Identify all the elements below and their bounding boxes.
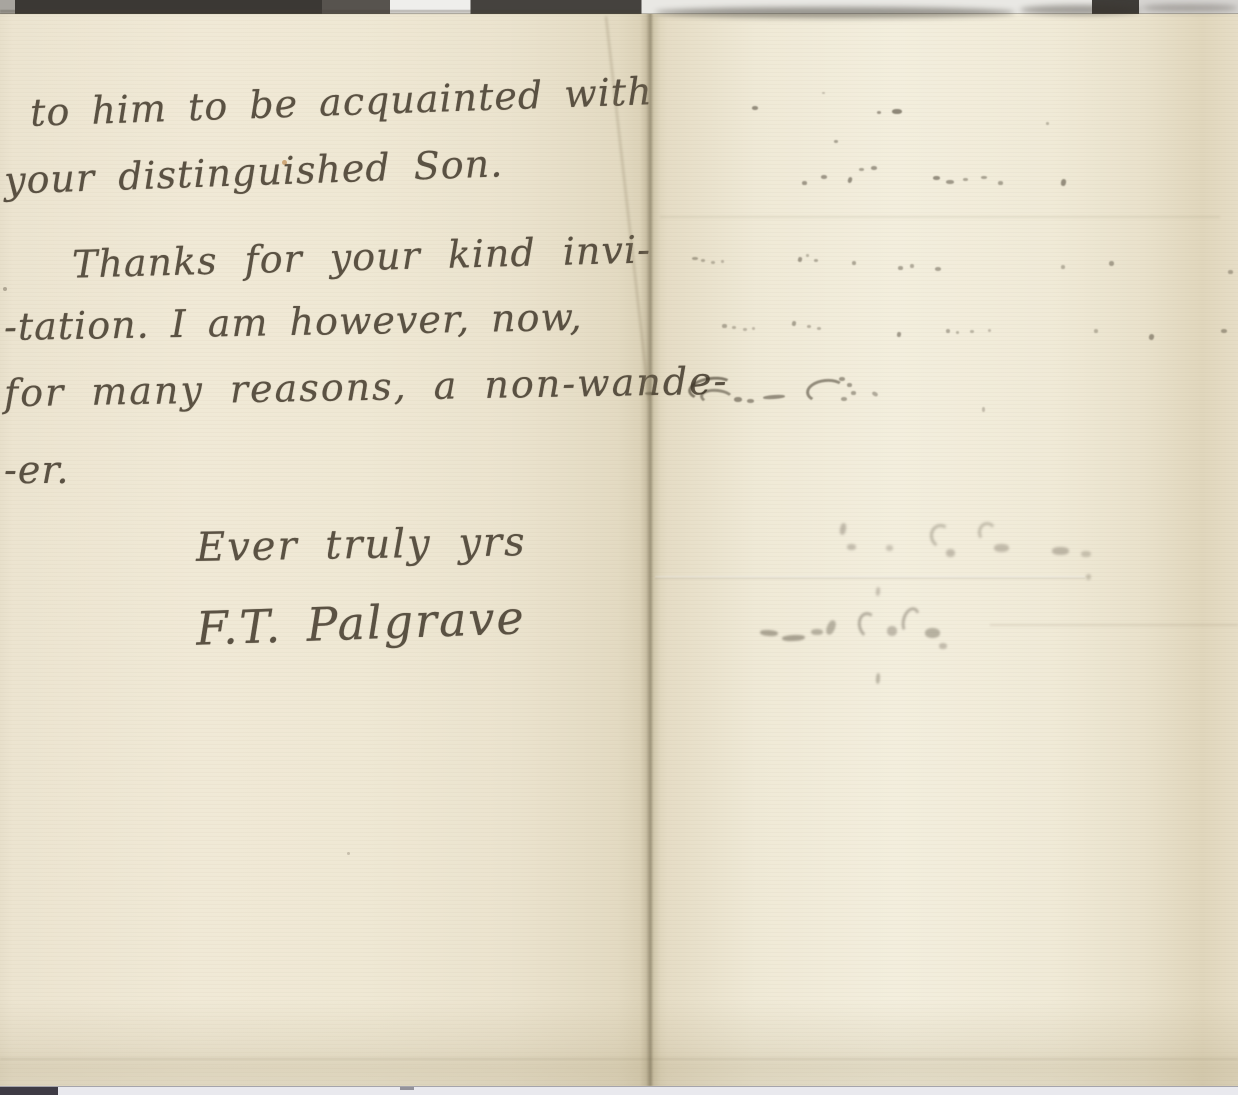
ink-transfer-mark [852, 261, 856, 265]
ink-transfer-mark [871, 166, 877, 170]
ink-transfer-mark [877, 111, 881, 114]
ink-transfer-mark [847, 544, 856, 550]
ink-transfer-mark [722, 324, 727, 328]
ink-transfer-mark [939, 643, 947, 649]
scanner-bottom-mark [0, 1087, 58, 1095]
ink-transfer-mark [743, 328, 747, 331]
handwriting-line: -tation. I am however, now, [4, 295, 583, 349]
handwriting-line: Ever truly yrs [196, 519, 527, 571]
ink-transfer-mark [1221, 329, 1227, 333]
ink-transfer-mark [1052, 547, 1069, 555]
paper-edge-shadow [1142, 4, 1238, 12]
ink-transfer-mark [970, 330, 974, 333]
ink-transfer-mark [692, 257, 698, 260]
scanner-bottom-edge [0, 1086, 1238, 1095]
ink-transfer-mark [994, 544, 1009, 552]
paper-edge-shadow [655, 7, 1015, 18]
ink-transfer-mark [887, 626, 897, 636]
handwriting-line: Thanks for your kind invi- [72, 227, 652, 286]
paper-fleck [347, 852, 350, 855]
ink-transfer-mark [711, 261, 715, 264]
ink-transfer-mark [886, 545, 893, 551]
ink-transfer-mark [814, 259, 818, 262]
ink-transfer-mark [841, 397, 847, 401]
ink-transfer-mark [806, 254, 809, 257]
ink-transfer-mark [811, 629, 823, 635]
ink-transfer-mark [935, 267, 941, 271]
ink-transfer-mark [1109, 261, 1114, 266]
ink-transfer-mark [1061, 265, 1065, 269]
ink-transfer-mark [963, 178, 968, 181]
letter-scan: to him to be acquainted withyour disting… [0, 0, 1238, 1095]
handwriting-line: to him to be acquainted with [29, 69, 653, 135]
ink-transfer-mark [817, 327, 821, 330]
ink-transfer-mark [1094, 329, 1098, 333]
ink-transfer-mark [998, 181, 1003, 185]
paper-edge-shadow [1020, 5, 1140, 15]
ink-transfer-mark [910, 264, 914, 268]
ink-transfer-mark [956, 331, 959, 334]
ink-transfer-mark [933, 176, 940, 180]
ink-transfer-mark [925, 628, 940, 638]
ink-transfer-mark [946, 549, 955, 557]
ink-transfer-mark [822, 92, 825, 94]
ink-transfer-mark [839, 377, 845, 381]
handwriting-line: for many reasons, a non-wande- [4, 359, 729, 416]
ink-transfer-mark [821, 175, 827, 179]
ink-transfer-mark [982, 407, 985, 412]
ink-transfer-mark [859, 168, 864, 171]
center-fold-crease [640, 12, 660, 1086]
ink-transfer-mark [752, 327, 755, 330]
ink-transfer-mark [834, 140, 838, 143]
ink-transfer-mark [898, 266, 903, 270]
ink-transfer-mark [1081, 551, 1091, 557]
handwriting-line: -er. [4, 448, 69, 492]
ink-transfer-mark [734, 397, 742, 402]
handwriting-layer: to him to be acquainted withyour disting… [0, 0, 1238, 1095]
ink-transfer-mark [981, 176, 987, 179]
ink-transfer-mark [946, 329, 950, 333]
ink-transfer-mark [892, 109, 902, 114]
ink-transfer-mark [732, 326, 736, 329]
ink-transfer-mark [946, 180, 954, 184]
ink-transfer-mark [807, 325, 811, 328]
ink-transfer-mark [747, 399, 754, 403]
ink-transfer-mark [847, 383, 852, 387]
ink-transfer-mark [1046, 122, 1049, 125]
ink-transfer-mark [802, 181, 807, 185]
handwriting-line: your distinguished Son. [3, 141, 503, 202]
ink-transfer-mark [988, 329, 991, 332]
ink-transfer-mark [701, 259, 705, 262]
scanner-bottom-mark [400, 1087, 414, 1090]
paper-fleck [282, 160, 287, 165]
handwriting-line: F.T. Palgrave [195, 590, 526, 655]
ink-transfer-mark [721, 260, 724, 263]
ink-transfer-mark [1228, 270, 1233, 274]
paper-fleck [3, 287, 7, 291]
paper-edge-shadow [0, 10, 640, 15]
ink-transfer-mark [851, 391, 856, 395]
ink-transfer-mark [752, 106, 758, 110]
